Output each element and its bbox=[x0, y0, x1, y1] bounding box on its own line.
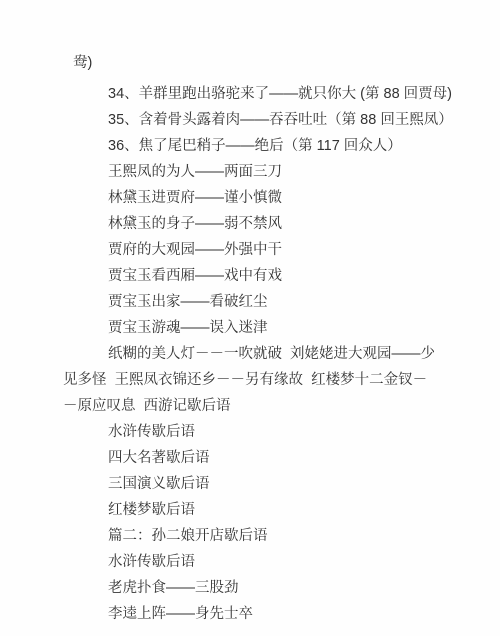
text-line: 篇二：孙二娘开店歇后语 bbox=[108, 523, 483, 549]
text-line: 林黛玉进贾府——谨小慎微 bbox=[108, 185, 483, 211]
text-line: 纸糊的美人灯－－一吹就破 刘姥姥进大观园——少 bbox=[108, 341, 483, 367]
text-line: 贾宝玉看西厢——戏中有戏 bbox=[108, 263, 483, 289]
text-line: 34、羊群里跑出骆驼来了——就只你大 (第 88 回贾母) bbox=[108, 81, 483, 107]
text-line: 老虎扑食——三股劲 bbox=[108, 575, 483, 601]
text-line: 林黛玉的身子——弱不禁风 bbox=[108, 211, 483, 237]
text-line: 王熙凤的为人——两面三刀 bbox=[108, 159, 483, 185]
text-line: 水浒传歇后语 bbox=[108, 419, 483, 445]
text-line: －原应叹息 西游记歇后语 bbox=[63, 393, 483, 419]
text-line: 贾宝玉游魂——误入迷津 bbox=[108, 315, 483, 341]
text-line: 35、含着骨头露着肉——吞吞吐吐（第 88 回王熙凤） bbox=[108, 107, 483, 133]
text-line: 红楼梦歇后语 bbox=[108, 497, 483, 523]
document-page: 鸯)34、羊群里跑出骆驼来了——就只你大 (第 88 回贾母)35、含着骨头露着… bbox=[0, 0, 500, 636]
text-line: 见多怪 王熙凤衣锦还乡－－另有缘故 红楼梦十二金钗－ bbox=[63, 367, 483, 393]
text-line: 鸯) bbox=[73, 50, 483, 76]
text-line: 36、焦了尾巴稍子——绝后（第 117 回众人） bbox=[108, 133, 483, 159]
text-line: 贾宝玉出家——看破红尘 bbox=[108, 289, 483, 315]
text-line: 三国演义歇后语 bbox=[108, 471, 483, 497]
document-body: 鸯)34、羊群里跑出骆驼来了——就只你大 (第 88 回贾母)35、含着骨头露着… bbox=[63, 50, 483, 627]
text-line: 李逵上阵——身先士卒 bbox=[108, 601, 483, 627]
text-line: 贾府的大观园——外强中干 bbox=[108, 237, 483, 263]
text-line: 水浒传歇后语 bbox=[108, 549, 483, 575]
text-line: 四大名著歇后语 bbox=[108, 445, 483, 471]
